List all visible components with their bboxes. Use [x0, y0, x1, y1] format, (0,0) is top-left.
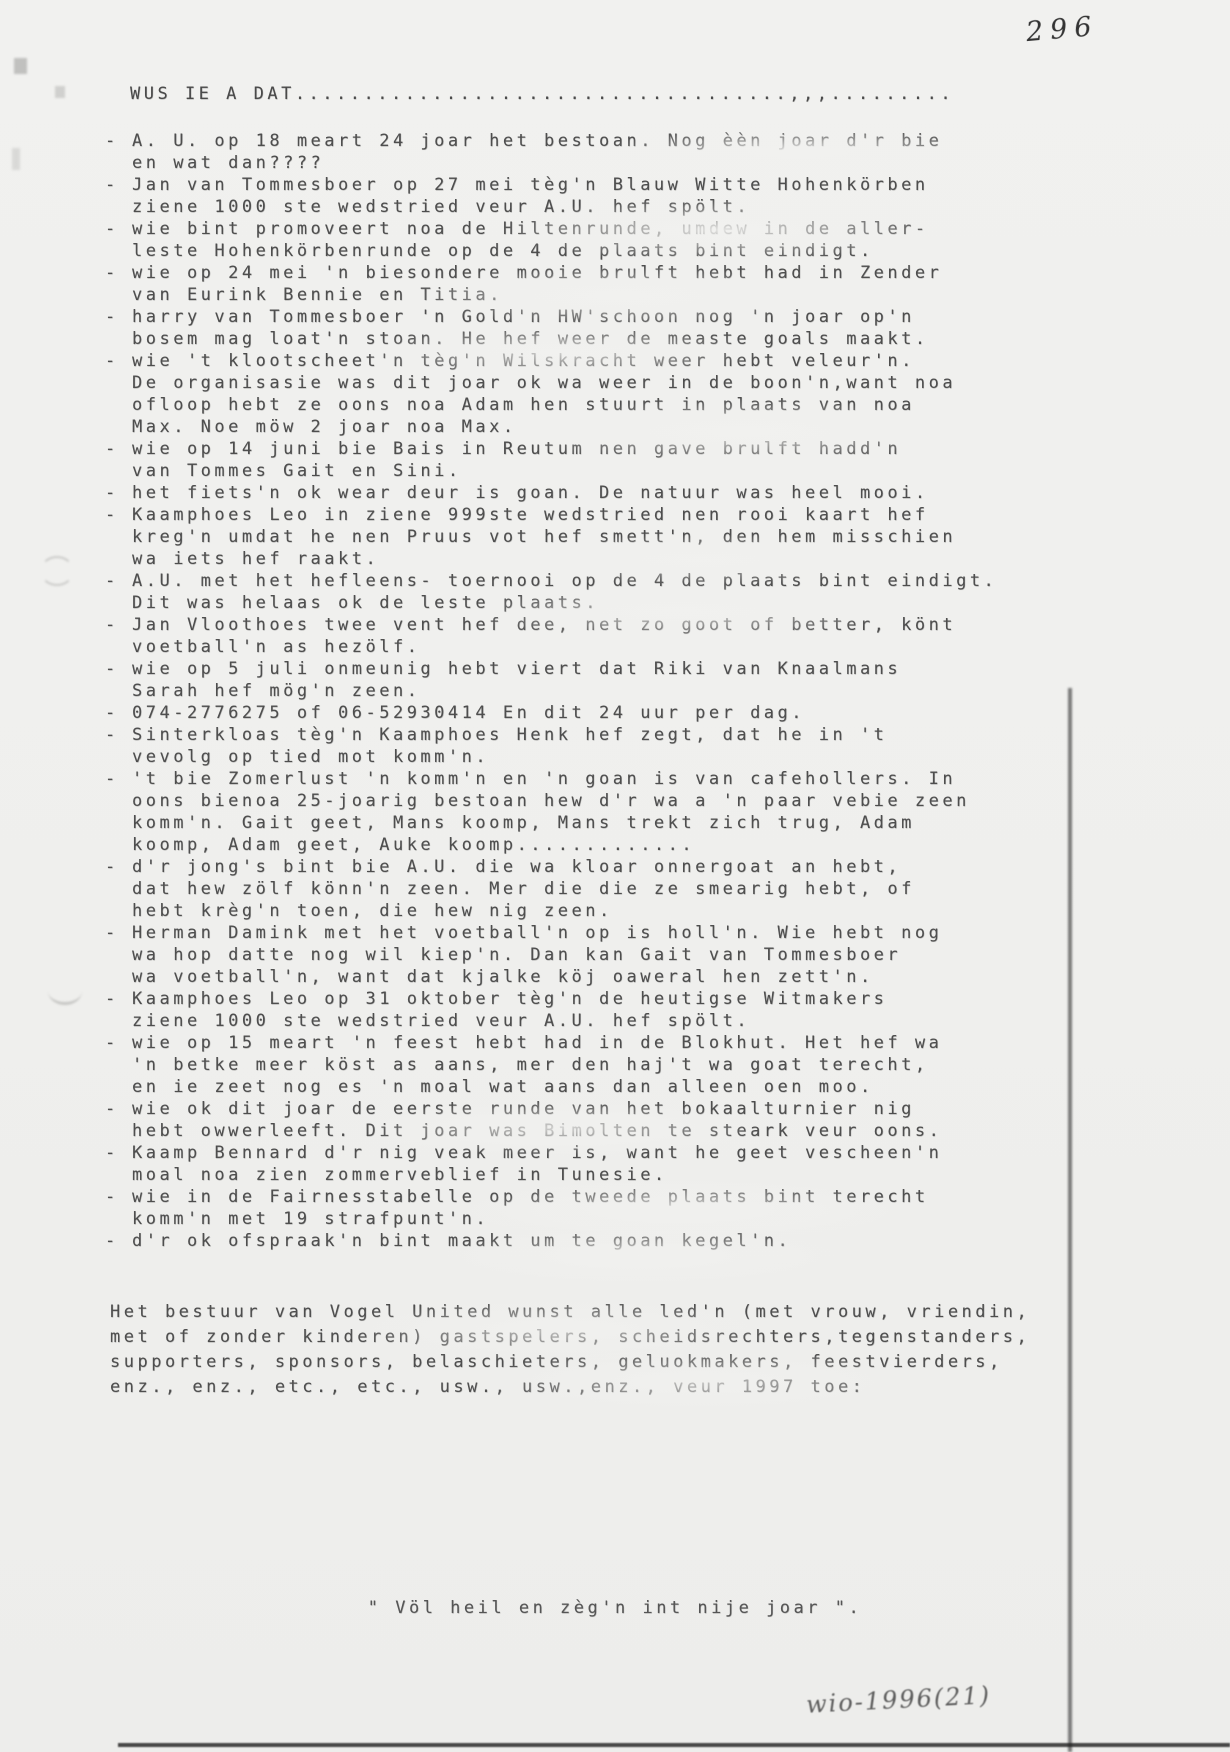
- list-item-text: A.U. met het hefleens- toernooi op de 4 …: [132, 571, 997, 613]
- list-item-text: d'r ok ofspraak'n bint maakt um te goan …: [132, 1231, 791, 1251]
- list-item-text: d'r jong's bint bie A.U. die wa kloar on…: [132, 857, 915, 921]
- bullet-dash: -: [105, 658, 119, 680]
- bullet-dash: -: [105, 570, 119, 592]
- bullet-dash: -: [105, 438, 119, 460]
- list-item-text: harry van Tommesboer 'n Gold'n HW'schoon…: [132, 307, 929, 349]
- closing-paragraph: Het bestuur van Vogel United wunst alle …: [110, 1300, 1190, 1400]
- bullet-dash: -: [105, 1142, 119, 1164]
- list-item-text: Kaamphoes Leo op 31 oktober tèg'n de heu…: [132, 989, 887, 1031]
- list-item: -harry van Tommesboer 'n Gold'n HW'schoo…: [105, 306, 1155, 350]
- list-item: -wie 't klootscheet'n tèg'n Wilskracht w…: [105, 350, 1155, 438]
- bullet-dash: -: [105, 1032, 119, 1054]
- typewritten-content: WUS IE A DAT............................…: [0, 0, 1230, 1752]
- list-item-text: wie ok dit joar de eerste runde van het …: [132, 1099, 942, 1141]
- list-item-text: 074-2776275 of 06-52930414 En dit 24 uur…: [132, 703, 805, 723]
- bullet-dash: -: [105, 1186, 119, 1208]
- list-item-text: Jan Vloothoes twee vent hef dee, net zo …: [132, 615, 956, 657]
- bullet-dash: -: [105, 702, 119, 724]
- list-item: -d'r ok ofspraak'n bint maakt um te goan…: [105, 1230, 1155, 1252]
- scanned-document-page: { "document": { "handwritten_top_right":…: [0, 0, 1230, 1752]
- bullet-dash: -: [105, 1098, 119, 1120]
- bullet-dash: -: [105, 1230, 119, 1252]
- bullet-dash: -: [105, 482, 119, 504]
- list-item: -Kaamp Bennard d'r nig veak meer is, wan…: [105, 1142, 1155, 1186]
- bullet-dash: -: [105, 922, 119, 944]
- list-item: -Kaamphoes Leo in ziene 999ste wedstried…: [105, 504, 1155, 570]
- list-item-text: Herman Damink met het voetball'n op is h…: [132, 923, 942, 987]
- bullet-dash: -: [105, 218, 119, 240]
- list-item-text: wie op 24 mei 'n biesondere mooie brulft…: [132, 263, 942, 305]
- list-item-text: wie op 5 juli onmeunig hebt viert dat Ri…: [132, 659, 901, 701]
- list-item: -A.U. met het hefleens- toernooi op de 4…: [105, 570, 1155, 614]
- bullet-dash: -: [105, 504, 119, 526]
- list-item: -074-2776275 of 06-52930414 En dit 24 uu…: [105, 702, 1155, 724]
- closing-quote: " Völ heil en zèg'n int nije joar ".: [0, 1598, 1230, 1618]
- list-item-text: Jan van Tommesboer op 27 mei tèg'n Blauw…: [132, 175, 929, 217]
- bullet-dash: -: [105, 262, 119, 284]
- fact-list: -A. U. op 18 meart 24 joar het bestoan. …: [105, 130, 1155, 1252]
- list-item: -wie in de Fairnesstabelle op de tweede …: [105, 1186, 1155, 1230]
- list-item-text: Sinterkloas tèg'n Kaamphoes Henk hef zeg…: [132, 725, 887, 767]
- bullet-dash: -: [105, 130, 119, 152]
- list-item-text: wie op 15 meart 'n feest hebt had in de …: [132, 1033, 942, 1097]
- list-item: -Kaamphoes Leo op 31 oktober tèg'n de he…: [105, 988, 1155, 1032]
- list-item-text: 't bie Zomerlust 'n komm'n en 'n goan is…: [132, 769, 970, 855]
- bullet-dash: -: [105, 988, 119, 1010]
- list-item: -wie op 15 meart 'n feest hebt had in de…: [105, 1032, 1155, 1098]
- bullet-dash: -: [105, 350, 119, 372]
- page-title: WUS IE A DAT............................…: [130, 84, 954, 104]
- bullet-dash: -: [105, 856, 119, 878]
- list-item: -Herman Damink met het voetball'n op is …: [105, 922, 1155, 988]
- list-item-text: wie in de Fairnesstabelle op de tweede p…: [132, 1187, 929, 1229]
- list-item-text: Kaamphoes Leo in ziene 999ste wedstried …: [132, 505, 956, 569]
- bullet-dash: -: [105, 724, 119, 746]
- bullet-dash: -: [105, 768, 119, 790]
- bullet-dash: -: [105, 306, 119, 328]
- list-item: -Jan Vloothoes twee vent hef dee, net zo…: [105, 614, 1155, 658]
- list-item: -het fiets'n ok wear deur is goan. De na…: [105, 482, 1155, 504]
- list-item: -Sinterkloas tèg'n Kaamphoes Henk hef ze…: [105, 724, 1155, 768]
- list-item: -Jan van Tommesboer op 27 mei tèg'n Blau…: [105, 174, 1155, 218]
- list-item-text: wie op 14 juni bie Bais in Reutum nen ga…: [132, 439, 901, 481]
- list-item: -A. U. op 18 meart 24 joar het bestoan. …: [105, 130, 1155, 174]
- list-item-text: A. U. op 18 meart 24 joar het bestoan. N…: [132, 131, 942, 173]
- bullet-dash: -: [105, 614, 119, 636]
- list-item: -wie op 14 juni bie Bais in Reutum nen g…: [105, 438, 1155, 482]
- list-item-text: wie 't klootscheet'n tèg'n Wilskracht we…: [132, 351, 956, 437]
- list-item: -'t bie Zomerlust 'n komm'n en 'n goan i…: [105, 768, 1155, 856]
- list-item: -d'r jong's bint bie A.U. die wa kloar o…: [105, 856, 1155, 922]
- list-item: -wie op 24 mei 'n biesondere mooie brulf…: [105, 262, 1155, 306]
- list-item-text: wie bint promoveert noa de Hiltenrunde, …: [132, 219, 929, 261]
- handwritten-page-number: 296: [1025, 11, 1100, 48]
- list-item-text: Kaamp Bennard d'r nig veak meer is, want…: [132, 1143, 942, 1185]
- list-item: -wie ok dit joar de eerste runde van het…: [105, 1098, 1155, 1142]
- bullet-dash: -: [105, 174, 119, 196]
- list-item-text: het fiets'n ok wear deur is goan. De nat…: [132, 483, 929, 503]
- list-item: -wie bint promoveert noa de Hiltenrunde,…: [105, 218, 1155, 262]
- list-item: -wie op 5 juli onmeunig hebt viert dat R…: [105, 658, 1155, 702]
